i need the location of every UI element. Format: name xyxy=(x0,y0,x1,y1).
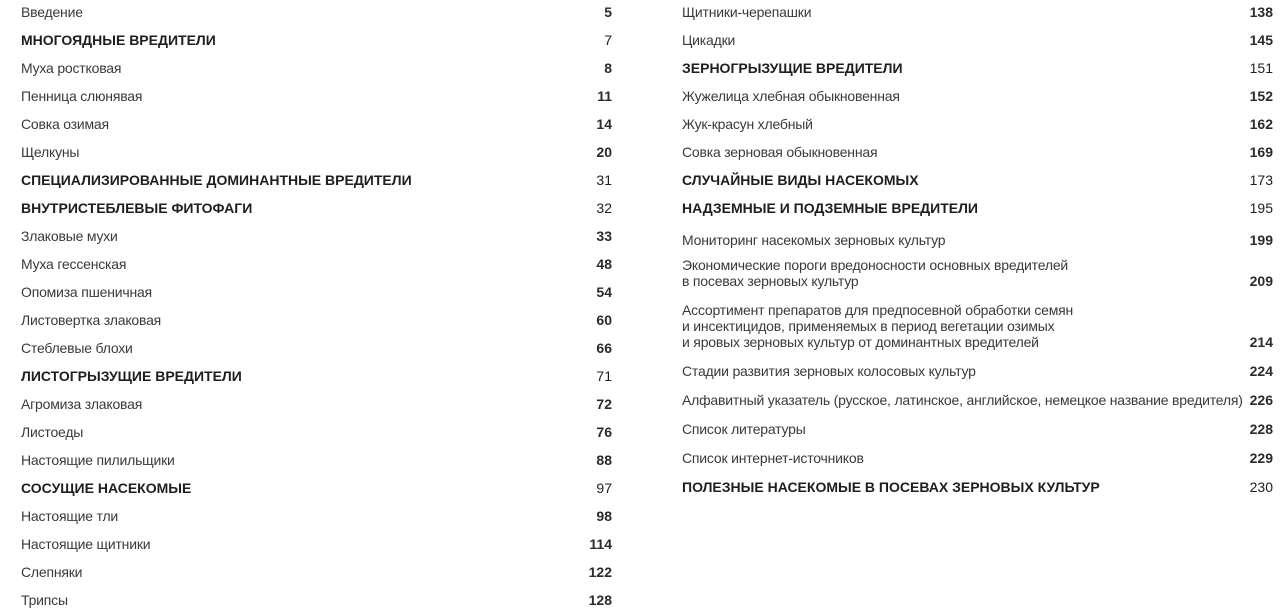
toc-entry-title: Слепняки xyxy=(21,564,82,580)
toc-entry[interactable]: Листоеды76 xyxy=(21,424,612,440)
toc-entry[interactable]: Совка зерновая обыкновенная169 xyxy=(682,144,1273,160)
toc-entry[interactable]: Совка озимая14 xyxy=(21,116,612,132)
toc-entry[interactable]: Листовертка злаковая60 xyxy=(21,312,612,328)
toc-entry-title: Настоящие щитники xyxy=(21,536,150,552)
toc-entry-title: Жужелица хлебная обыкновенная xyxy=(682,88,900,104)
toc-section-heading[interactable]: СЛУЧАЙНЫЕ ВИДЫ НАСЕКОМЫХ173 xyxy=(682,172,1273,188)
toc-page-number: 31 xyxy=(596,172,612,188)
toc-entry[interactable]: Алфавитный указатель (русское, латинское… xyxy=(682,392,1273,408)
toc-page-number: 71 xyxy=(596,368,612,384)
toc-entry-title: Стеблевые блохи xyxy=(21,340,133,356)
toc-entry-title: Мониторинг насекомых зерновых культур xyxy=(682,232,945,248)
toc-entry[interactable]: Агромиза злаковая72 xyxy=(21,396,612,412)
toc-entry-title: Алфавитный указатель (русское, латинское… xyxy=(682,392,1243,408)
toc-entry-title: ЗЕРНОГРЫЗУЩИЕ ВРЕДИТЕЛИ xyxy=(682,60,903,76)
toc-page-number: 230 xyxy=(1250,479,1273,495)
toc-page-number: 72 xyxy=(596,396,612,412)
toc-page-number: 48 xyxy=(596,256,612,272)
toc-page-number: 162 xyxy=(1250,116,1273,132)
toc-section-heading[interactable]: ВНУТРИСТЕБЛЕВЫЕ ФИТОФАГИ32 xyxy=(21,200,612,216)
toc-page-number: 228 xyxy=(1250,421,1273,437)
toc-page-number: 88 xyxy=(596,452,612,468)
toc-page-number: 169 xyxy=(1250,144,1273,160)
toc-page-number: 229 xyxy=(1250,450,1273,466)
toc-entry-title: НАДЗЕМНЫЕ И ПОДЗЕМНЫЕ ВРЕДИТЕЛИ xyxy=(682,200,978,216)
toc-entry[interactable]: Злаковые мухи33 xyxy=(21,228,612,244)
toc-section-heading[interactable]: СПЕЦИАЛИЗИРОВАННЫЕ ДОМИНАНТНЫЕ ВРЕДИТЕЛИ… xyxy=(21,172,612,188)
toc-entry[interactable]: Настоящие пилильщики88 xyxy=(21,452,612,468)
toc-entry[interactable]: Введение5 xyxy=(21,4,612,20)
toc-page-number: 33 xyxy=(596,228,612,244)
toc-page-number: 5 xyxy=(604,4,612,20)
toc-entry-title: Список интернет-источников xyxy=(682,450,864,466)
toc-entry[interactable]: Щитники-черепашки138 xyxy=(682,4,1273,20)
toc-entry-title: Муха ростковая xyxy=(21,60,121,76)
toc-entry-title: СЛУЧАЙНЫЕ ВИДЫ НАСЕКОМЫХ xyxy=(682,172,919,188)
toc-page-number: 122 xyxy=(589,564,612,580)
toc-entry-title: Ассортимент препаратов для предпосевной … xyxy=(682,302,1073,350)
toc-page-number: 7 xyxy=(604,32,612,48)
toc-entry-title: Щелкуны xyxy=(21,144,79,160)
toc-page-number: 60 xyxy=(596,312,612,328)
toc-entry[interactable]: Муха гессенская48 xyxy=(21,256,612,272)
toc-entry-title: ЛИСТОГРЫЗУЩИЕ ВРЕДИТЕЛИ xyxy=(21,368,242,384)
toc-entry-title: СОСУЩИЕ НАСЕКОМЫЕ xyxy=(21,480,191,496)
toc-page-number: 128 xyxy=(589,592,612,608)
toc-entry-title: Настоящие тли xyxy=(21,508,118,524)
toc-page-number: 97 xyxy=(596,480,612,496)
toc-page-number: 209 xyxy=(1250,273,1273,289)
toc-entry-title: Щитники-черепашки xyxy=(682,4,811,20)
toc-entry-title: Стадии развития зерновых колосовых культ… xyxy=(682,363,976,379)
toc-entry[interactable]: Ассортимент препаратов для предпосевной … xyxy=(682,302,1273,350)
toc-page-number: 54 xyxy=(596,284,612,300)
toc-page-number: 20 xyxy=(596,144,612,160)
toc-page-number: 145 xyxy=(1250,32,1273,48)
toc-entry-title: Листоеды xyxy=(21,424,83,440)
toc-entry[interactable]: Жук-красун хлебный162 xyxy=(682,116,1273,132)
toc-entry[interactable]: Муха ростковая8 xyxy=(21,60,612,76)
toc-entry[interactable]: Мониторинг насекомых зерновых культур199 xyxy=(682,232,1273,248)
toc-entry[interactable]: Щелкуны20 xyxy=(21,144,612,160)
toc-entry[interactable]: Экономические пороги вредоносности основ… xyxy=(682,257,1273,289)
toc-entry[interactable]: Стеблевые блохи66 xyxy=(21,340,612,356)
toc-entry[interactable]: Опомиза пшеничная54 xyxy=(21,284,612,300)
toc-entry[interactable]: Настоящие тли98 xyxy=(21,508,612,524)
toc-page-number: 98 xyxy=(596,508,612,524)
toc-entry[interactable]: Слепняки122 xyxy=(21,564,612,580)
toc-page-number: 114 xyxy=(589,536,612,552)
toc-page-number: 11 xyxy=(597,88,612,104)
toc-section-heading[interactable]: ПОЛЕЗНЫЕ НАСЕКОМЫЕ В ПОСЕВАХ ЗЕРНОВЫХ КУ… xyxy=(682,479,1273,495)
toc-entry-title: СПЕЦИАЛИЗИРОВАННЫЕ ДОМИНАНТНЫЕ ВРЕДИТЕЛИ xyxy=(21,172,412,188)
toc-entry-title: Список литературы xyxy=(682,421,806,437)
toc-entry-title: Муха гессенская xyxy=(21,256,126,272)
toc-page-number: 214 xyxy=(1250,334,1273,350)
toc-page-number: 32 xyxy=(596,200,612,216)
toc-section-heading[interactable]: ЛИСТОГРЫЗУЩИЕ ВРЕДИТЕЛИ71 xyxy=(21,368,612,384)
toc-page-number: 66 xyxy=(596,340,612,356)
toc-entry-title: ВНУТРИСТЕБЛЕВЫЕ ФИТОФАГИ xyxy=(21,200,252,216)
toc-page-number: 8 xyxy=(604,60,612,76)
toc-entry[interactable]: Трипсы128 xyxy=(21,592,612,608)
toc-entry[interactable]: Список интернет-источников229 xyxy=(682,450,1273,466)
toc-entry-title: Агромиза злаковая xyxy=(21,396,142,412)
toc-entry-title: Трипсы xyxy=(21,592,68,608)
toc-entry-title: Цикадки xyxy=(682,32,735,48)
toc-entry[interactable]: Стадии развития зерновых колосовых культ… xyxy=(682,363,1273,379)
toc-entry-title: Совка зерновая обыкновенная xyxy=(682,144,877,160)
toc-entry-title: Опомиза пшеничная xyxy=(21,284,152,300)
toc-page-number: 173 xyxy=(1250,172,1273,188)
toc-entry-title: Жук-красун хлебный xyxy=(682,116,813,132)
toc-entry-title: Пенница слюнявая xyxy=(21,88,142,104)
toc-entry[interactable]: Пенница слюнявая11 xyxy=(21,88,612,104)
toc-section-heading[interactable]: МНОГОЯДНЫЕ ВРЕДИТЕЛИ7 xyxy=(21,32,612,48)
toc-section-heading[interactable]: СОСУЩИЕ НАСЕКОМЫЕ97 xyxy=(21,480,612,496)
toc-page-number: 151 xyxy=(1250,60,1273,76)
toc-entry[interactable]: Настоящие щитники114 xyxy=(21,536,612,552)
toc-entry-title: Совка озимая xyxy=(21,116,109,132)
toc-page-number: 199 xyxy=(1250,232,1273,248)
toc-entry-title: ПОЛЕЗНЫЕ НАСЕКОМЫЕ В ПОСЕВАХ ЗЕРНОВЫХ КУ… xyxy=(682,479,1100,495)
toc-page-number: 138 xyxy=(1250,4,1273,20)
toc-page-number: 226 xyxy=(1250,392,1273,408)
toc-page-number: 14 xyxy=(596,116,612,132)
toc-entry[interactable]: Цикадки145 xyxy=(682,32,1273,48)
toc-entry-title: Введение xyxy=(21,4,83,20)
toc-entry[interactable]: Жужелица хлебная обыкновенная152 xyxy=(682,88,1273,104)
toc-entry-title: Злаковые мухи xyxy=(21,228,118,244)
toc-page-number: 76 xyxy=(596,424,612,440)
toc-page-number: 152 xyxy=(1250,88,1273,104)
toc-section-heading[interactable]: НАДЗЕМНЫЕ И ПОДЗЕМНЫЕ ВРЕДИТЕЛИ195 xyxy=(682,200,1273,216)
toc-page-number: 224 xyxy=(1250,363,1273,379)
toc-entry-title: Настоящие пилильщики xyxy=(21,452,175,468)
toc-entry-title: МНОГОЯДНЫЕ ВРЕДИТЕЛИ xyxy=(21,32,216,48)
toc-entry-title: Экономические пороги вредоносности основ… xyxy=(682,257,1068,289)
toc-section-heading[interactable]: ЗЕРНОГРЫЗУЩИЕ ВРЕДИТЕЛИ151 xyxy=(682,60,1273,76)
toc-entry[interactable]: Список литературы228 xyxy=(682,421,1273,437)
toc-page-number: 195 xyxy=(1250,200,1273,216)
toc-entry-title: Листовертка злаковая xyxy=(21,312,161,328)
